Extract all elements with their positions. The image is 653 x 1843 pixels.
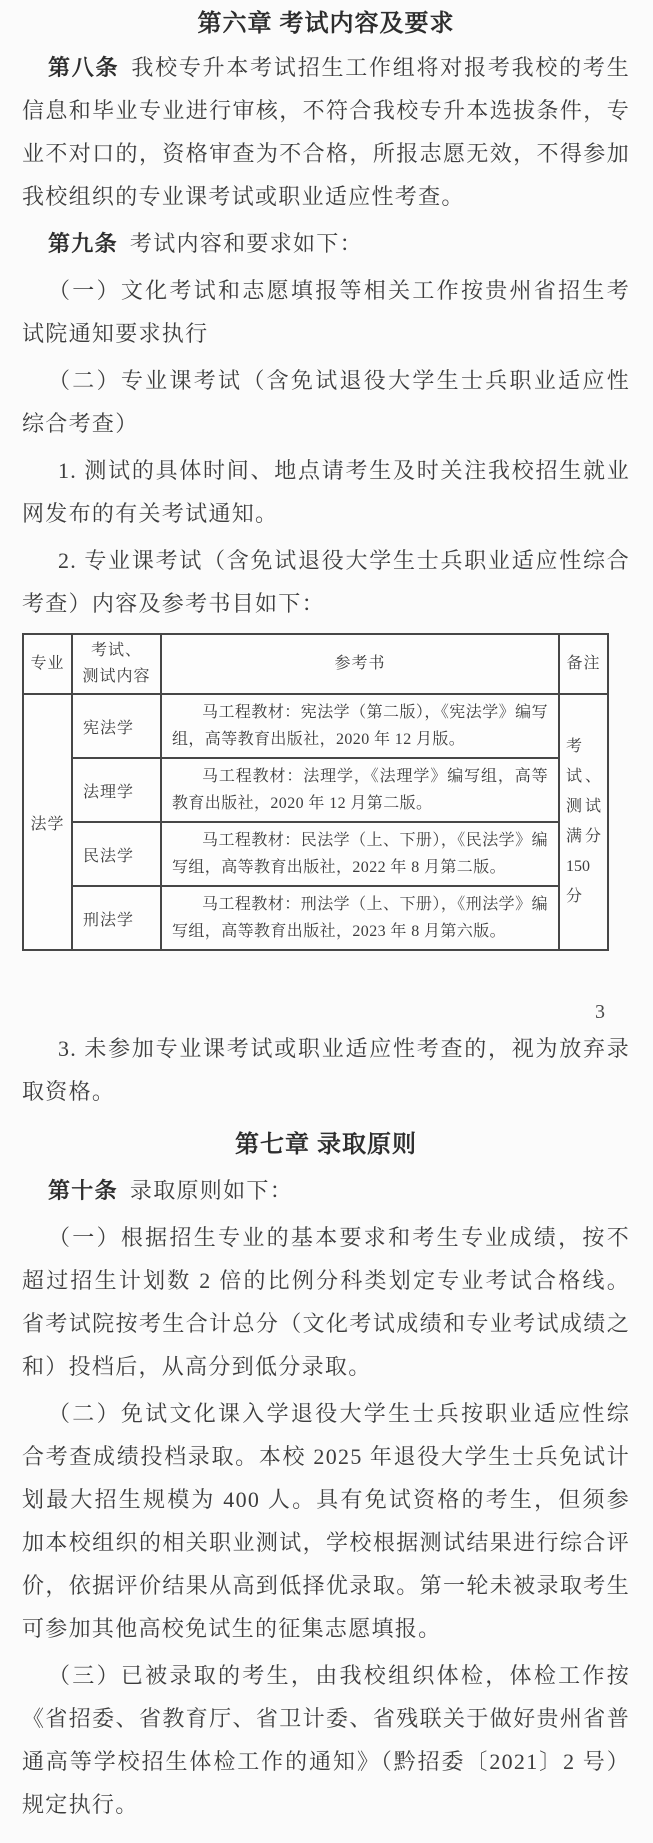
table-row: 法学 宪法学 马工程教材：宪法学（第二版），《宪法学》编写组，高等教育出版社，2… xyxy=(23,694,608,758)
reference-cell: 马工程教材：法理学，《法理学》编写组，高等教育出版社，2020 年 12 月第二… xyxy=(161,758,559,822)
chapter6-item-2: （二）专业课考试（含免试退役大学生士兵职业适应性综合考查） xyxy=(22,359,630,445)
page-number: 3 xyxy=(22,997,630,1027)
reference-cell: 马工程教材：宪法学（第二版），《宪法学》编写组，高等教育出版社，2020 年 1… xyxy=(161,694,559,758)
subject-cell: 宪法学 xyxy=(72,694,161,758)
note-cell: 考试、 测试 满分 150 分 xyxy=(559,694,608,950)
subject-cell: 民法学 xyxy=(72,822,161,886)
chapter6-item-1: （一）文化考试和志愿填报等相关工作按贵州省招生考试院通知要求执行 xyxy=(22,269,630,355)
table-row: 民法学 马工程教材：民法学（上、下册），《民法学》编写组，高等教育出版社，202… xyxy=(23,822,608,886)
document-page: 第六章 考试内容及要求 第八条我校专升本考试招生工作组将对报考我校的考生信息和毕… xyxy=(0,0,653,1843)
header-content: 考试、 测试内容 xyxy=(72,634,161,694)
header-note: 备注 xyxy=(559,634,608,694)
article-9-paragraph: 第九条考试内容和要求如下： xyxy=(22,222,630,265)
reference-cell: 马工程教材：民法学（上、下册），《民法学》编写组，高等教育出版社，2022 年 … xyxy=(161,822,559,886)
article-10-paragraph: 第十条录取原则如下： xyxy=(22,1169,630,1212)
article-10-text: 录取原则如下： xyxy=(130,1178,293,1203)
table-row: 刑法学 马工程教材：刑法学（上、下册），《刑法学》编写组，高等教育出版社，202… xyxy=(23,886,608,950)
table-row: 法理学 马工程教材：法理学，《法理学》编写组，高等教育出版社，2020 年 12… xyxy=(23,758,608,822)
chapter7-item-3: （三）已被录取的考生，由我校组织体检，体检工作按《省招委、省教育厅、省卫计委、省… xyxy=(22,1654,630,1826)
reference-cell: 马工程教材：刑法学（上、下册），《刑法学》编写组，高等教育出版社，2023 年 … xyxy=(161,886,559,950)
chapter6-title: 第六章 考试内容及要求 xyxy=(22,6,630,42)
chapter7-item-2: （二）免试文化课入学退役大学生士兵按职业适应性综合考查成绩投档录取。本校 202… xyxy=(22,1392,630,1650)
chapter6-sub-3: 3. 未参加专业课考试或职业适应性考查的，视为放弃录取资格。 xyxy=(22,1027,630,1113)
chapter7-title: 第七章 录取原则 xyxy=(22,1127,630,1163)
subject-cell: 法理学 xyxy=(72,758,161,822)
article-10-label: 第十条 xyxy=(48,1178,118,1203)
article-9-label: 第九条 xyxy=(48,231,118,256)
article-9-text: 考试内容和要求如下： xyxy=(130,231,363,256)
header-reference: 参考书 xyxy=(161,634,559,694)
article-8-label: 第八条 xyxy=(48,55,119,80)
major-cell: 法学 xyxy=(23,694,72,950)
table-header-row: 专业 考试、 测试内容 参考书 备注 xyxy=(23,634,608,694)
header-major: 专业 xyxy=(23,634,72,694)
chapter6-sub-1: 1. 测试的具体时间、地点请考生及时关注我校招生就业网发布的有关考试通知。 xyxy=(22,449,630,535)
article-8-paragraph: 第八条我校专升本考试招生工作组将对报考我校的考生信息和毕业专业进行审核，不符合我… xyxy=(22,46,630,218)
chapter6-sub-2: 2. 专业课考试（含免试退役大学生士兵职业适应性综合考查）内容及参考书目如下： xyxy=(22,539,630,625)
chapter7-item-1: （一）根据招生专业的基本要求和考生专业成绩，按不超过招生计划数 2 倍的比例分科… xyxy=(22,1216,630,1388)
reference-book-table: 专业 考试、 测试内容 参考书 备注 法学 宪法学 马工程教材：宪法学（第二版）… xyxy=(22,633,609,951)
subject-cell: 刑法学 xyxy=(72,886,161,950)
